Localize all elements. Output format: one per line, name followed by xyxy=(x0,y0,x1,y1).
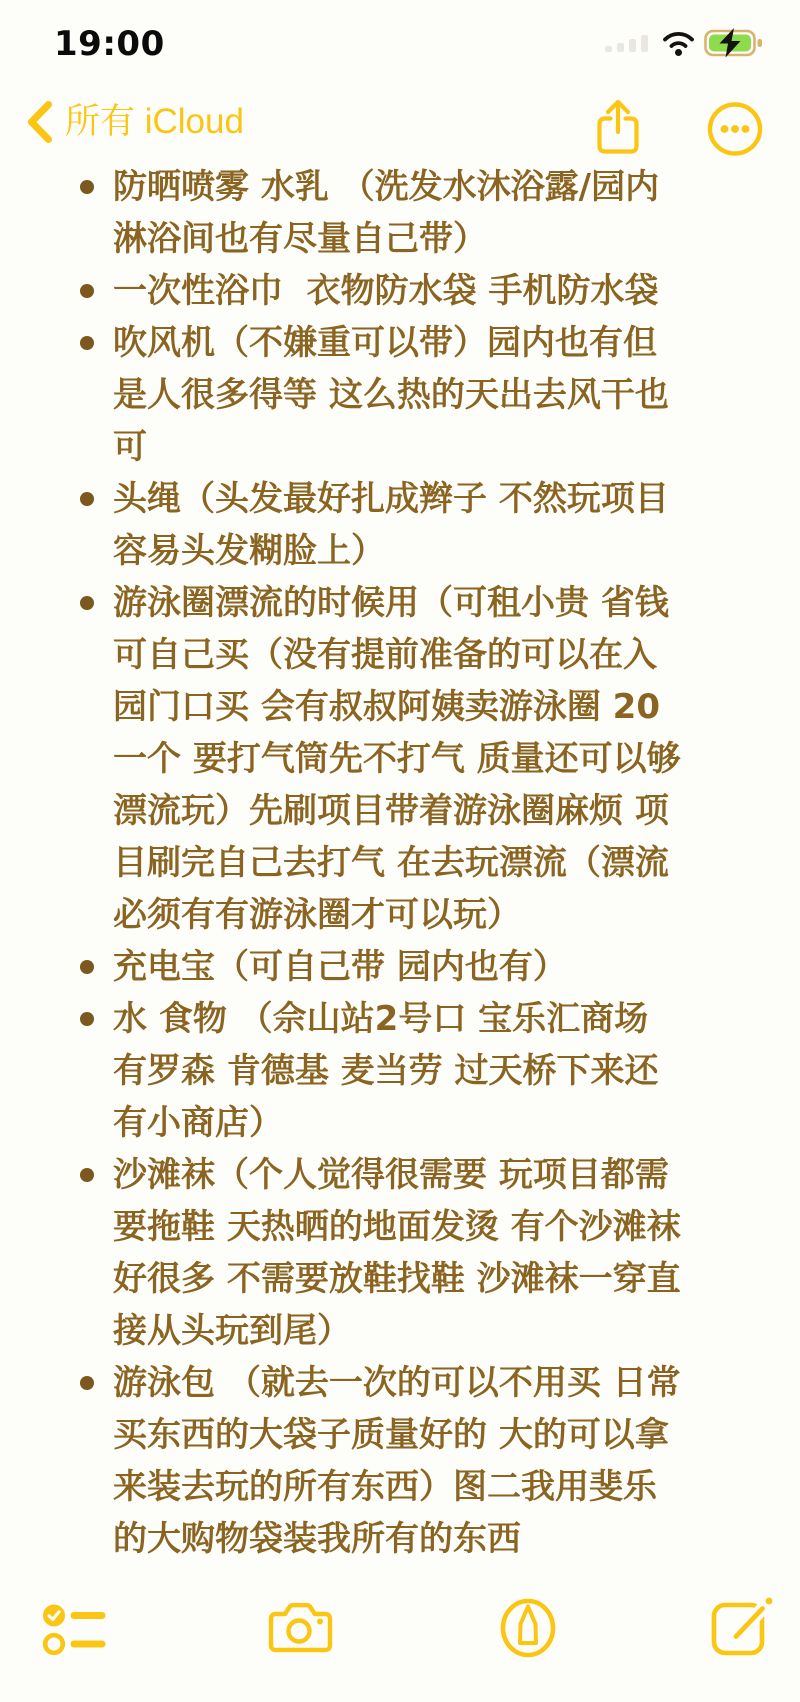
back-button[interactable]: 所有 iCloud xyxy=(26,100,244,144)
list-item-text[interactable]: 充电宝（可自己带 园内也有） xyxy=(113,947,567,987)
status-bar: 19:00 xyxy=(0,0,800,62)
list-item: 充电宝（可自己带 园内也有） xyxy=(113,941,681,993)
bullet-dot xyxy=(80,492,94,506)
bullet-dot xyxy=(80,1168,94,1182)
list-item: 头绳（头发最好扎成辫子 不然玩项目容易头发糊脸上） xyxy=(113,473,681,577)
list-item-text[interactable]: 游泳包 （就去一次的可以不用买 日常买东西的大袋子质量好的 大的可以拿来装去玩的… xyxy=(113,1363,681,1559)
list-item: 一次性浴巾 衣物防水袋 手机防水袋 xyxy=(113,265,681,317)
share-button[interactable] xyxy=(594,98,642,156)
checklist-icon xyxy=(42,1602,108,1658)
status-time: 19:00 xyxy=(54,24,165,64)
list-item-text[interactable]: 防晒喷雾 水乳 （洗发水沐浴露/园内淋浴间也有尽量自己带） xyxy=(113,167,659,259)
list-item: 沙滩袜（个人觉得很需要 玩项目都需要拖鞋 天热晒的地面发烫 有个沙滩袜好很多 不… xyxy=(113,1149,681,1357)
cellular-signal-icon xyxy=(603,29,653,57)
nav-bar: 所有 iCloud xyxy=(0,92,800,156)
note-content[interactable]: 防晒喷雾 水乳 （洗发水沐浴露/园内淋浴间也有尽量自己带） 一次性浴巾 衣物防水… xyxy=(113,161,681,1565)
list-item-text[interactable]: 游泳圈漂流的时候用（可租小贵 省钱可自己买（没有提前准备的可以在入园门口买 会有… xyxy=(113,583,681,935)
checklist-button[interactable] xyxy=(42,1602,108,1658)
list-item: 游泳圈漂流的时候用（可租小贵 省钱可自己买（没有提前准备的可以在入园门口买 会有… xyxy=(113,577,681,941)
bottom-toolbar xyxy=(0,1590,800,1670)
list-item-text[interactable]: 水 食物 （佘山站2号口 宝乐汇商场 有罗森 肯德基 麦当劳 过天桥下来还有小商… xyxy=(113,999,660,1143)
ellipsis-icon xyxy=(707,102,763,156)
list-item: 防晒喷雾 水乳 （洗发水沐浴露/园内淋浴间也有尽量自己带） xyxy=(113,161,681,265)
wifi-icon xyxy=(661,29,696,57)
back-button-label: 所有 iCloud xyxy=(65,100,244,144)
markup-icon xyxy=(499,1598,557,1658)
list-item-text[interactable]: 一次性浴巾 衣物防水袋 手机防水袋 xyxy=(113,271,659,311)
bullet-dot xyxy=(80,180,94,194)
bullet-dot xyxy=(80,596,94,610)
bullet-dot xyxy=(80,284,94,298)
bullet-dot xyxy=(80,960,94,974)
status-icons xyxy=(603,28,765,58)
list-item-text[interactable]: 吹风机（不嫌重可以带）园内也有但是人很多得等 这么热的天出去风干也可 xyxy=(113,323,669,467)
markup-button[interactable] xyxy=(499,1598,557,1658)
share-icon xyxy=(594,98,642,156)
camera-button[interactable] xyxy=(268,1602,334,1654)
camera-icon xyxy=(268,1602,334,1654)
bullet-list: 防晒喷雾 水乳 （洗发水沐浴露/园内淋浴间也有尽量自己带） 一次性浴巾 衣物防水… xyxy=(113,161,681,1565)
compose-button[interactable] xyxy=(711,1592,775,1658)
list-item-text[interactable]: 头绳（头发最好扎成辫子 不然玩项目容易头发糊脸上） xyxy=(113,479,669,571)
list-item: 水 食物 （佘山站2号口 宝乐汇商场 有罗森 肯德基 麦当劳 过天桥下来还有小商… xyxy=(113,993,681,1149)
list-item: 吹风机（不嫌重可以带）园内也有但是人很多得等 这么热的天出去风干也可 xyxy=(113,317,681,473)
more-button[interactable] xyxy=(707,102,763,156)
back-chevron-icon xyxy=(26,100,53,144)
compose-icon xyxy=(711,1592,775,1658)
list-item-text[interactable]: 沙滩袜（个人觉得很需要 玩项目都需要拖鞋 天热晒的地面发烫 有个沙滩袜好很多 不… xyxy=(113,1155,681,1351)
list-item: 游泳包 （就去一次的可以不用买 日常买东西的大袋子质量好的 大的可以拿来装去玩的… xyxy=(113,1357,681,1565)
bullet-dot xyxy=(80,336,94,350)
bullet-dot xyxy=(80,1376,94,1390)
bullet-dot xyxy=(80,1012,94,1026)
battery-charging-icon xyxy=(704,28,765,58)
